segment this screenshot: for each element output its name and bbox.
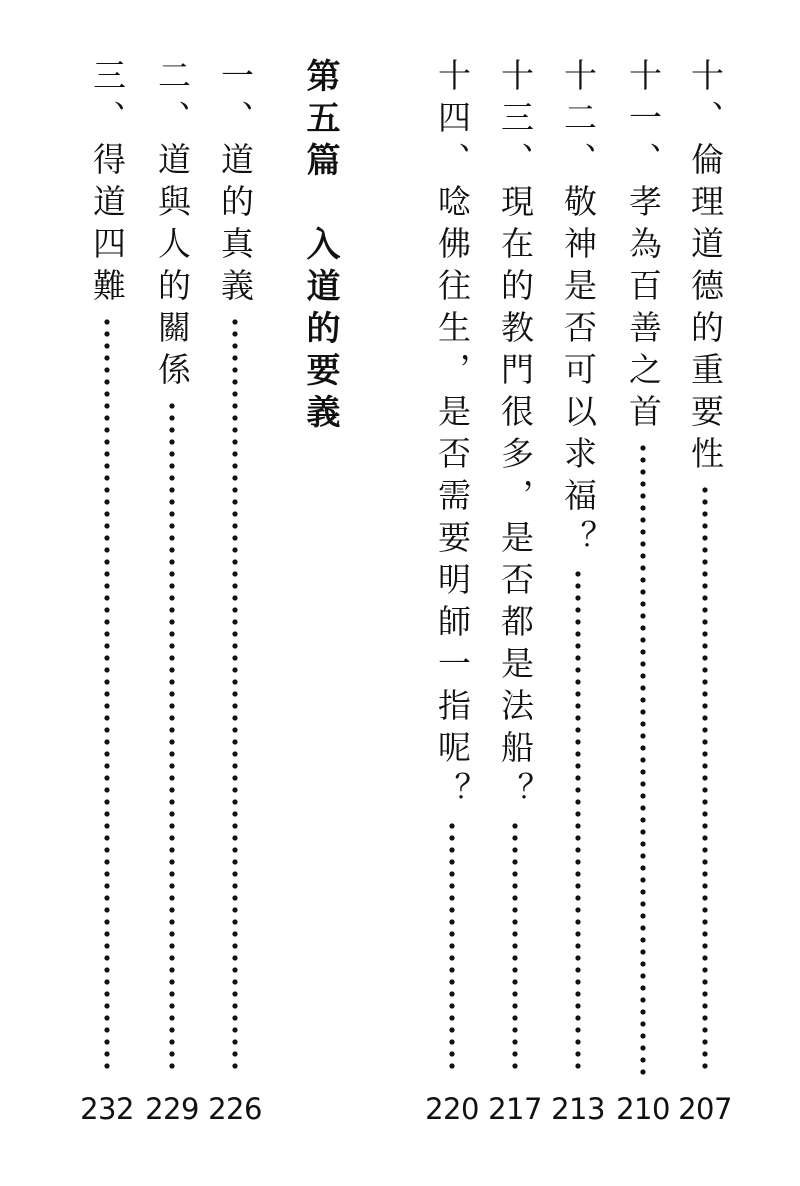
dot-leader — [231, 316, 239, 1075]
toc-entry-14[interactable]: 十四、唸佛往生，是否需要明師一指呢？ — [430, 58, 474, 1075]
page-number: 232 — [75, 1092, 139, 1126]
toc-entry-2[interactable]: 二、道與人的關係 — [150, 58, 194, 1075]
entry-title: 十四、唸佛往生，是否需要明師一指呢？ — [430, 58, 474, 814]
entry-title: 十二、敬神是否可以求福？ — [556, 58, 600, 562]
entry-title: 三、得道四難 — [85, 58, 129, 310]
page-number: 217 — [483, 1092, 547, 1126]
dot-leader — [448, 820, 456, 1075]
dot-leader — [168, 400, 176, 1075]
section-heading: 第五篇 入道的要義 — [298, 58, 342, 458]
dot-leader — [701, 484, 709, 1075]
entry-title: 二、道與人的關係 — [150, 58, 194, 394]
section-title: 第五篇 入道的要義 — [298, 58, 342, 436]
page-number: 220 — [420, 1092, 484, 1126]
dot-leader — [103, 316, 111, 1075]
entry-title: 十、倫理道德的重要性 — [683, 58, 727, 478]
page-number: 213 — [546, 1092, 610, 1126]
dot-leader — [574, 568, 582, 1075]
page-number: 210 — [611, 1092, 675, 1126]
page-number: 207 — [673, 1092, 737, 1126]
toc-entry-13[interactable]: 十三、現在的教門很多，是否都是法船？ — [493, 58, 537, 1075]
toc-entry-1[interactable]: 一、道的真義 — [213, 58, 257, 1075]
page-number: 226 — [203, 1092, 267, 1126]
entry-title: 十一、孝為百善之首 — [621, 58, 665, 436]
toc-entry-3[interactable]: 三、得道四難 — [85, 58, 129, 1075]
entry-title: 一、道的真義 — [213, 58, 257, 310]
page-number: 229 — [140, 1092, 204, 1126]
dot-leader — [511, 820, 519, 1075]
toc-entry-12[interactable]: 十二、敬神是否可以求福？ — [556, 58, 600, 1075]
toc-entry-11[interactable]: 十一、孝為百善之首 — [621, 58, 665, 1075]
dot-leader — [639, 442, 647, 1075]
entry-title: 十三、現在的教門很多，是否都是法船？ — [493, 58, 537, 814]
toc-entry-10[interactable]: 十、倫理道德的重要性 — [683, 58, 727, 1075]
